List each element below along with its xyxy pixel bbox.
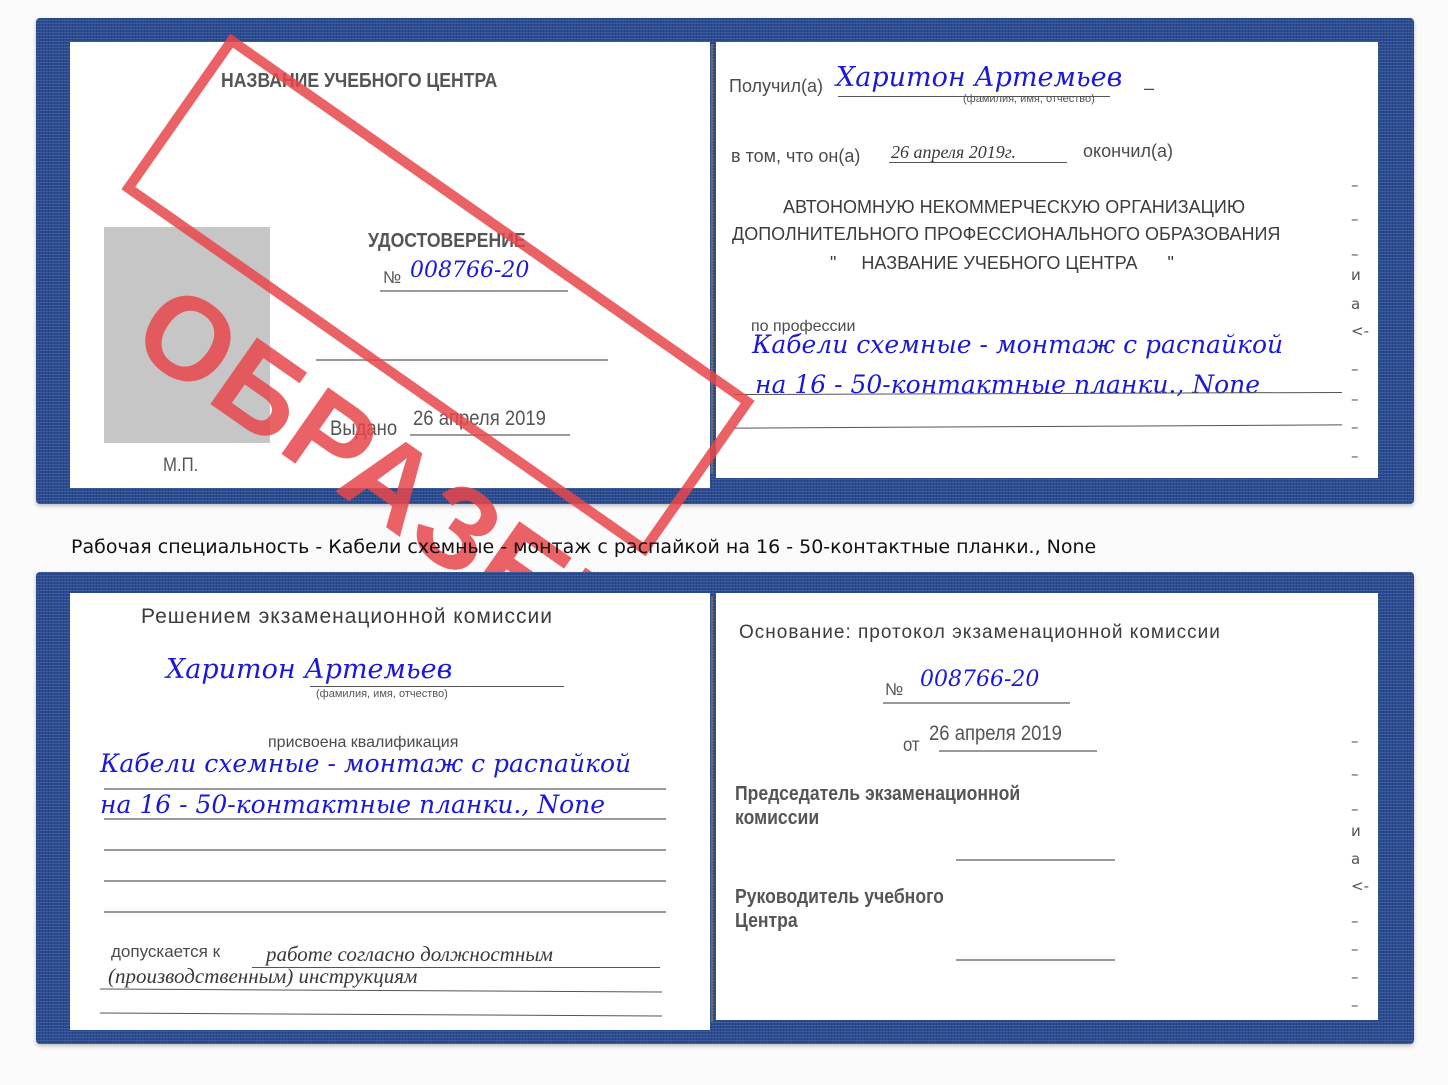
- edge-mark: –: [1351, 447, 1359, 465]
- protocol-number: 008766-20: [920, 667, 1039, 692]
- edge-mark: –: [1351, 765, 1359, 783]
- protocol-date: 26 апреля 2019: [929, 722, 1062, 746]
- qualification-line-2: на 16 - 50-контактные планки., None: [100, 790, 605, 819]
- protocol-number-label: №: [885, 680, 903, 700]
- issued-label: Выдано: [330, 417, 397, 441]
- in-that-label: в том, что он(а): [731, 146, 860, 167]
- qualification-underline-3: [104, 849, 666, 851]
- qualification-line-1: Кабели схемные - монтаж с распайкой: [100, 749, 631, 778]
- basis-title: Основание: протокол экзаменационной коми…: [739, 622, 1221, 644]
- edge-mark: а: [1351, 295, 1360, 313]
- protocol-date-underline: [939, 750, 1097, 752]
- edge-mark: –: [1351, 360, 1359, 378]
- edge-mark: –: [1351, 210, 1359, 228]
- protocol-number-underline: [883, 702, 1070, 704]
- edge-mark: –: [1351, 176, 1359, 194]
- holder-name-hint: (фамилия, имя, отчество): [316, 688, 448, 700]
- from-label: от: [903, 735, 920, 757]
- seal-label: М.П.: [163, 455, 198, 477]
- chairman-label-1: Председатель экзаменационной: [735, 783, 1020, 806]
- chairman-label-2: комиссии: [735, 807, 819, 830]
- edge-mark: и: [1351, 266, 1361, 284]
- edge-mark: <-: [1351, 877, 1369, 895]
- edge-mark: –: [1351, 245, 1359, 263]
- admitted-label: допускается к: [111, 942, 220, 962]
- director-label-1: Руководитель учебного: [735, 886, 944, 909]
- completion-date: 26 апреля 2019г.: [891, 142, 1016, 163]
- holder-name: Харитон Артемьев: [166, 654, 452, 685]
- director-signature-line: [956, 959, 1115, 961]
- edge-mark: –: [1351, 940, 1359, 958]
- edge-mark: а: [1351, 850, 1360, 868]
- certificate-number: 008766-20: [410, 258, 529, 283]
- number-underline: [380, 290, 568, 292]
- profession-line-1: Кабели схемные - монтаж с распайкой: [752, 330, 1283, 359]
- recipient-trailing-dash: –: [1144, 78, 1154, 99]
- edge-mark: <-: [1351, 322, 1369, 340]
- edge-mark: –: [1351, 968, 1359, 986]
- edge-mark: –: [1351, 732, 1359, 750]
- edge-mark: –: [1351, 996, 1359, 1014]
- doc-type-title: УДОСТОВЕРЕНИЕ: [368, 230, 526, 253]
- decision-title: Решением экзаменационной комиссии: [141, 605, 553, 629]
- completed-label: окончил(а): [1083, 141, 1173, 162]
- edge-mark: и: [1351, 822, 1361, 840]
- specialty-caption: Рабочая специальность - Кабели схемные -…: [71, 533, 1131, 561]
- qualification-underline-2: [104, 818, 666, 820]
- edge-mark: –: [1351, 800, 1359, 818]
- edge-mark: –: [1351, 390, 1359, 408]
- completion-date-underline: [889, 162, 1067, 163]
- issued-date-underline: [410, 434, 570, 436]
- bottom-spine: [711, 596, 713, 1022]
- admitted-line-2: (производственным) инструкциям: [108, 964, 417, 989]
- recipient-name-hint: (фамилия, имя, отчество): [963, 93, 1095, 105]
- org-line-3: " НАЗВАНИЕ УЧЕБНОГО ЦЕНТРА ": [830, 253, 1174, 274]
- blank-underline: [316, 359, 608, 361]
- qualification-underline-5: [104, 911, 666, 913]
- received-label: Получил(а): [729, 76, 823, 97]
- chairman-signature-line: [956, 859, 1115, 861]
- org-line-1: АВТОНОМНУЮ НЕКОММЕРЧЕСКУЮ ОРГАНИЗАЦИЮ: [783, 197, 1245, 218]
- holder-name-underline: [310, 686, 564, 687]
- org-line-2: ДОПОЛНИТЕЛЬНОГО ПРОФЕССИОНАЛЬНОГО ОБРАЗО…: [732, 224, 1280, 245]
- photo-placeholder: [104, 227, 270, 443]
- issued-date: 26 апреля 2019: [413, 407, 546, 431]
- edge-mark: –: [1351, 418, 1359, 436]
- recipient-name: Харитон Артемьев: [836, 62, 1122, 93]
- director-label-2: Центра: [735, 910, 798, 933]
- number-label: №: [383, 268, 401, 288]
- org-name-heading: НАЗВАНИЕ УЧЕБНОГО ЦЕНТРА: [221, 70, 497, 93]
- edge-mark: –: [1351, 912, 1359, 930]
- qualification-underline-4: [104, 880, 666, 882]
- top-spine: [711, 44, 713, 474]
